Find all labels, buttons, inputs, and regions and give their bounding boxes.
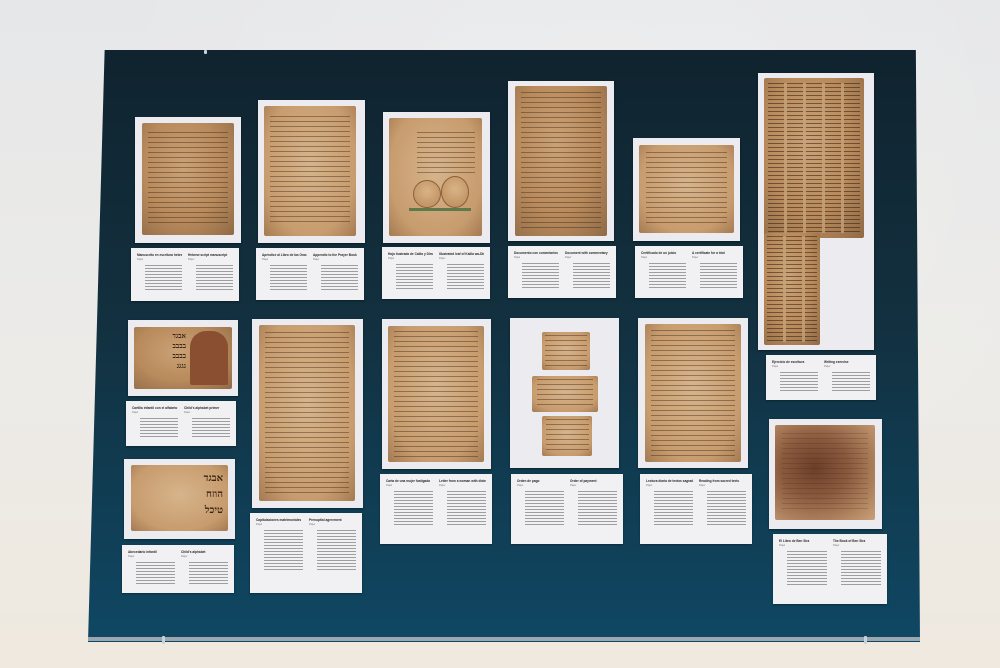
alphabet-fragment: אבגד הוזח טיכל [131, 465, 228, 531]
caption-body [317, 530, 356, 572]
manuscript-mount [758, 73, 874, 350]
caption-body [136, 562, 175, 585]
manuscript-fragment [775, 425, 875, 520]
caption-card: Carta de una mujer fustigadaPapel Letter… [380, 474, 492, 544]
payment-slip-fragment [542, 416, 592, 456]
caption-card: Apéndice al Libro de las OracionesPapel … [256, 248, 364, 300]
caption-title-es: Certificado de un juicio [641, 251, 686, 255]
caption-title-es: Cartilla infantil con el alfabeto [132, 406, 178, 410]
caption-meta: Paper [565, 256, 610, 259]
caption-meta: Paper [833, 544, 881, 547]
caption-body [707, 491, 746, 527]
manuscript-fragment [515, 86, 607, 236]
caption-title-en: Letter from a woman with distress [439, 479, 486, 483]
caption-card: Documento con comentariosPapel Document … [508, 246, 616, 298]
glyph-row: גגגג [140, 361, 186, 371]
payment-slip-fragment [532, 376, 598, 412]
caption-body [832, 372, 870, 393]
caption-title-es: Hoja ilustrada de Calila y Dimna [388, 252, 433, 256]
caption-meta: Paper [824, 365, 870, 368]
caption-body [841, 551, 881, 587]
caption-body [780, 372, 818, 393]
caption-card: Abecedario infantilPapel Child's alphabe… [122, 545, 234, 593]
manuscript-mount [258, 100, 365, 243]
caption-body [578, 491, 617, 527]
manuscript-fragment [639, 145, 734, 233]
caption-body [264, 530, 303, 572]
caption-card: Ejercicio de escrituraPapel Writing exer… [766, 355, 876, 400]
caption-body [192, 418, 230, 439]
caption-body [447, 264, 484, 289]
lion-illustration [413, 180, 441, 208]
caption-title-en: Prenuptial agreement [309, 518, 356, 522]
caption-meta: Papel [772, 365, 818, 368]
caption-meta: Papel [388, 257, 433, 260]
manuscript-fragment [142, 123, 234, 235]
glyph-row: בבבב [140, 341, 186, 351]
caption-body [140, 418, 178, 439]
caption-title-en: Child's alphabet primer [184, 406, 230, 410]
caption-meta: Paper [692, 256, 737, 259]
caption-card: Certificado de un juicioPapel A certific… [635, 246, 743, 298]
manuscript-fragment [764, 233, 820, 345]
manuscript-fragment [259, 325, 355, 501]
menorah-arch-illustration [190, 331, 228, 385]
grass-illustration [409, 208, 471, 211]
manuscript-mount: אבגד בבבב בבבב גגגג [128, 320, 238, 396]
hebrew-letters: אבגד בבבב בבבב גגגג [140, 331, 186, 371]
manuscript-fragment [645, 324, 741, 462]
caption-title-en: The Book of Ben Sira [833, 539, 881, 543]
caption-title-es: Manuscrito en escritura hebrea [137, 253, 182, 257]
caption-meta: Papel [646, 484, 693, 487]
caption-meta: Papel [128, 555, 175, 558]
caption-body [396, 264, 433, 289]
mounting-pin [162, 636, 165, 644]
caption-meta: Papel [262, 258, 307, 261]
caption-meta: Papel [137, 258, 182, 261]
caption-body [145, 265, 182, 291]
caption-title-es: Ejercicio de escritura [772, 360, 818, 364]
caption-body [189, 562, 228, 585]
caption-title-en: Child's alphabet [181, 550, 228, 554]
caption-meta: Paper [181, 555, 228, 558]
mounting-pin [204, 50, 207, 54]
caption-meta: Papel [517, 484, 564, 487]
caption-meta: Paper [309, 523, 356, 526]
caption-body [522, 263, 559, 288]
caption-title-en: A certificate for a trial [692, 251, 737, 255]
caption-body [573, 263, 610, 288]
caption-body [787, 551, 827, 587]
caption-meta: Paper [439, 484, 486, 487]
caption-title-en: Appendix to the Prayer Book [313, 253, 358, 257]
manuscript-mount [383, 112, 490, 243]
caption-title-en: Order of payment [570, 479, 617, 483]
caption-title-es: Lectura diaria de textos sagrados [646, 479, 693, 483]
caption-title-es: El Libro de Ben Sira [779, 539, 827, 543]
glyph-row: אבגד [169, 471, 223, 487]
caption-body [649, 263, 686, 288]
illustrated-manuscript-fragment [389, 118, 482, 236]
manuscript-mount [135, 117, 241, 243]
caption-meta: Paper [184, 411, 230, 414]
manuscript-mount [510, 318, 619, 468]
caption-title-en: Document with commentary [565, 251, 610, 255]
caption-card: Manuscrito en escritura hebreaPapel Hebr… [131, 248, 239, 301]
caption-meta: Papel [641, 256, 686, 259]
manuscript-fragment [388, 326, 484, 462]
caption-body [447, 491, 486, 527]
manuscript-mount: אבגד הוזח טיכל [124, 459, 235, 539]
caption-title-es: Abecedario infantil [128, 550, 175, 554]
caption-card: Hoja ilustrada de Calila y DimnaPapel Il… [382, 247, 490, 299]
manuscript-mount [252, 319, 363, 508]
manuscript-mount [638, 318, 748, 468]
glyph-row: הוזח [169, 487, 223, 503]
caption-card: Cartilla infantil con el alfabetoPapel C… [126, 401, 236, 446]
caption-title-es: Carta de una mujer fustigada [386, 479, 433, 483]
caption-title-es: Capitulaciones matrimoniales [256, 518, 303, 522]
caption-title-es: Orden de pago [517, 479, 564, 483]
glyph-row: אבגד [140, 331, 186, 341]
manuscript-fragment [764, 78, 864, 238]
caption-card: Orden de pagoPapel Order of paymentPaper [511, 474, 623, 544]
caption-body [654, 491, 693, 527]
glyph-row: בבבב [140, 351, 186, 361]
caption-meta: Papel [256, 523, 303, 526]
caption-body [700, 263, 737, 288]
caption-body [270, 265, 307, 290]
caption-meta: Papel [386, 484, 433, 487]
glyph-row: טיכל [169, 503, 223, 519]
caption-body [525, 491, 564, 527]
caption-meta: Paper [699, 484, 746, 487]
caption-title-en: Hebrew script manuscript [188, 253, 233, 257]
caption-meta: Paper [188, 258, 233, 261]
caption-meta: Paper [439, 257, 484, 260]
caption-card: El Libro de Ben SiraPapel The Book of Be… [773, 534, 887, 604]
mounting-pin [864, 636, 867, 644]
caption-title-es: Documento con comentarios [514, 251, 559, 255]
caption-title-en: Writing exercise [824, 360, 870, 364]
board-bottom-edge [88, 637, 920, 641]
alphabet-primer-fragment: אבגד בבבב בבבב גגגג [134, 327, 232, 389]
payment-slip-fragment [542, 332, 590, 370]
manuscript-mount [508, 81, 614, 241]
caption-title-es: Apéndice al Libro de las Oraciones [262, 253, 307, 257]
caption-meta: Paper [570, 484, 617, 487]
caption-meta: Papel [132, 411, 178, 414]
manuscript-mount [633, 138, 740, 241]
caption-title-en: Illustrated leaf of Kalila wa-Dimna [439, 252, 484, 256]
manuscript-mount [769, 419, 882, 529]
caption-card: Capitulaciones matrimonialesPapel Prenup… [250, 513, 362, 593]
lion-illustration [441, 176, 469, 208]
caption-body [196, 265, 233, 291]
hebrew-letters: אבגד הוזח טיכל [169, 471, 223, 519]
caption-body [321, 265, 358, 290]
caption-card: Lectura diaria de textos sagradosPapel R… [640, 474, 752, 544]
caption-meta: Papel [514, 256, 559, 259]
caption-body [394, 491, 433, 527]
caption-meta: Papel [779, 544, 827, 547]
manuscript-fragment [264, 106, 356, 236]
manuscript-mount [382, 319, 491, 469]
caption-meta: Paper [313, 258, 358, 261]
caption-title-en: Reading from sacred texts [699, 479, 746, 483]
